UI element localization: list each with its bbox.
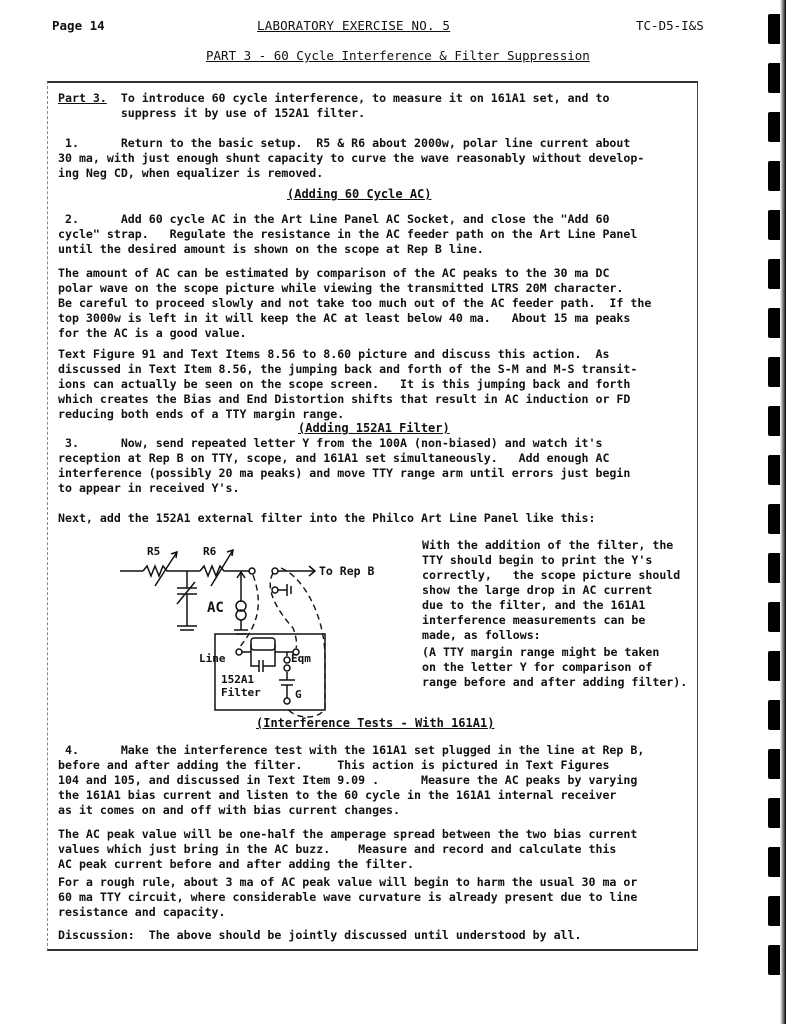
side-line: correctly, the scope picture should [422,568,694,583]
document-title: LABORATORY EXERCISE NO. 5 [257,18,450,33]
side-note-line: range before and after adding filter). [422,675,694,690]
step3-line: to appear in received Y's. [58,481,690,496]
step2-line: 2. Add 60 cycle AC in the Art Line Panel… [58,212,690,227]
side-line: With the addition of the filter, the [422,538,694,553]
ac-label: AC [207,600,224,616]
amount-line: polar wave on the scope picture while vi… [58,281,690,296]
page-edge-shadow [780,0,786,1024]
next-instruction: Next, add the 152A1 external filter into… [58,511,690,526]
side-note-line: on the letter Y for comparison of [422,660,694,675]
r5-label: R5 [147,545,160,558]
heading-adding-ac: (Adding 60 Cycle AC) [287,187,432,201]
step1-line: 1. Return to the basic setup. R5 & R6 ab… [58,136,690,151]
step1-line: ing Neg CD, when equalizer is removed. [58,166,690,181]
step4-line: before and after adding the filter. This… [58,758,690,773]
amount-line: Be careful to proceed slowly and not tak… [58,296,690,311]
to-rep-b-label: To Rep B [319,564,374,578]
filter-schematic: R5 R6 To Rep B AC Line Eqm 152A1 Filter … [115,538,415,720]
side-line: made, as follows: [422,628,694,643]
ground-terminal-label: G [295,688,302,701]
line-terminal-label: Line [199,652,226,665]
textfig-line: discussed in Text Item 8.56, the jumping… [58,362,690,377]
step4-line: as it comes on and off with bias current… [58,803,690,818]
step4-line: the 161A1 bias current and listen to the… [58,788,690,803]
step3-line: 3. Now, send repeated letter Y from the … [58,436,690,451]
intro-label: Part 3. [58,91,107,105]
rule-line: 60 ma TTY circuit, where considerable wa… [58,890,690,905]
discussion-note: Discussion: The above should be jointly … [58,928,690,943]
peak-line: AC peak current before and after adding … [58,857,690,872]
step4-line: 4. Make the interference test with the 1… [58,743,690,758]
side-line: due to the filter, and the 161A1 [422,598,694,613]
textfig-line: which creates the Bias and End Distortio… [58,392,690,407]
peak-line: values which just bring in the AC buzz. … [58,842,690,857]
step4-line: 104 and 105, and discussed in Text Item … [58,773,690,788]
intro-line-2: suppress it by use of 152A1 filter. [58,106,690,121]
heading-interference-tests: (Interference Tests - With 161A1) [256,716,494,730]
part-title: PART 3 - 60 Cycle Interference & Filter … [206,48,590,63]
side-note-line: (A TTY margin range might be taken [422,645,694,660]
side-line: show the large drop in AC current [422,583,694,598]
peak-line: The AC peak value will be one-half the a… [58,827,690,842]
step3-line: interference (possibly 20 ma peaks) and … [58,466,690,481]
side-line: interference measurements can be [422,613,694,628]
filter-name-label: 152A1 [221,673,254,686]
amount-line: top 3000w is left in it will keep the AC… [58,311,690,326]
rule-line: For a rough rule, about 3 ma of AC peak … [58,875,690,890]
textfig-line: Text Figure 91 and Text Items 8.56 to 8.… [58,347,690,362]
side-line: TTY should begin to print the Y's [422,553,694,568]
textfig-line: reducing both ends of a TTY margin range… [58,407,690,422]
step2-line: until the desired amount is shown on the… [58,242,690,257]
amount-line: for the AC is a good value. [58,326,690,341]
textfig-line: ions can actually be seen on the scope s… [58,377,690,392]
r6-label: R6 [203,545,217,558]
amount-line: The amount of AC can be estimated by com… [58,266,690,281]
heading-adding-filter: (Adding 152A1 Filter) [298,421,450,435]
rule-line: resistance and capacity. [58,905,690,920]
intro-line-1: Part 3. To introduce 60 cycle interferen… [58,91,690,106]
page-number: Page 14 [52,18,105,33]
document-code: TC-D5-I&S [636,18,704,33]
step2-line: cycle" strap. Regulate the resistance in… [58,227,690,242]
step1-line: 30 ma, with just enough shunt capacity t… [58,151,690,166]
eqm-terminal-label: Eqm [291,652,311,665]
step3-line: reception at Rep B on TTY, scope, and 16… [58,451,690,466]
filter-label: Filter [221,686,261,699]
